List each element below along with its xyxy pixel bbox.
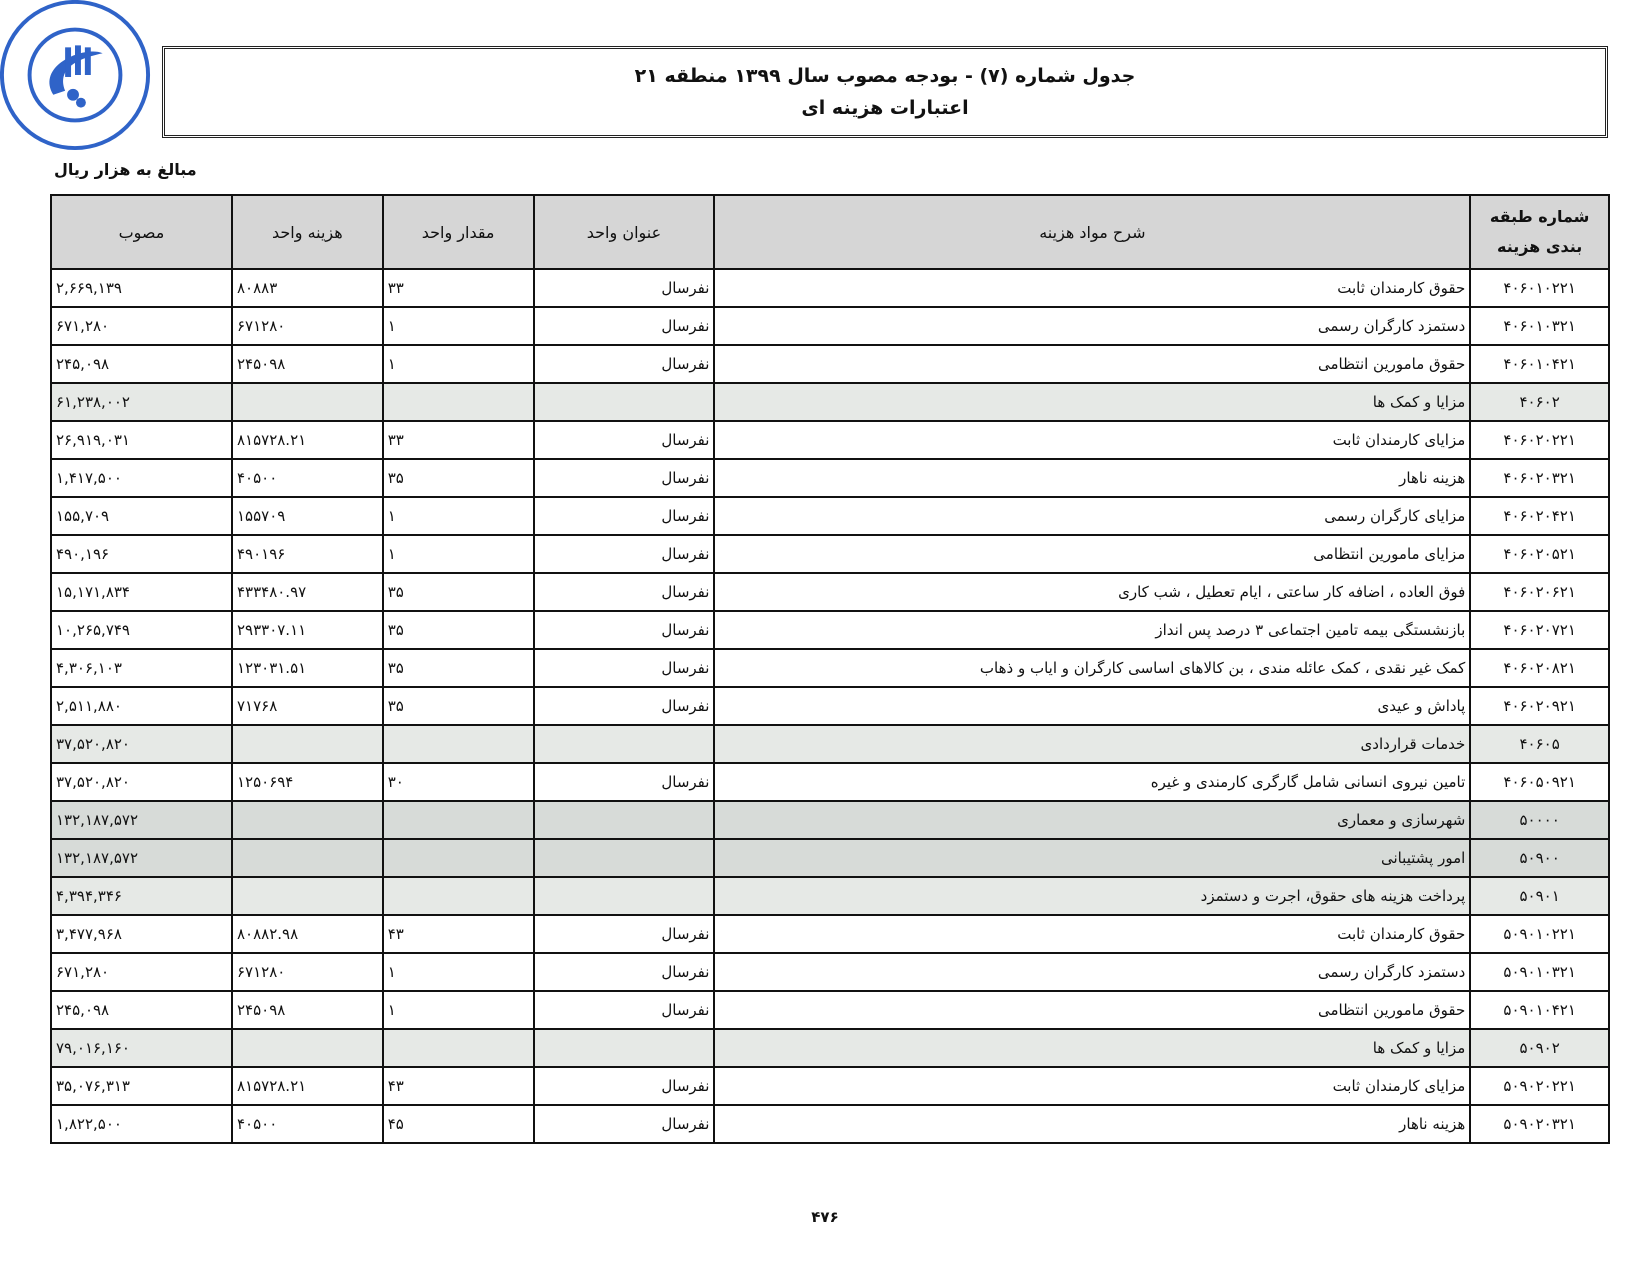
code-cell: ۴۰۶۰۵ [1470, 725, 1609, 763]
unit-qty-cell: ۴۵ [383, 1105, 534, 1143]
approved-amount-cell: ۶۷۱,۲۸۰ [51, 307, 232, 345]
unit-cost-cell: ۲۴۵۰۹۸ [232, 991, 383, 1029]
unit-qty-cell: ۳۵ [383, 687, 534, 725]
code-cell: ۴۰۶۰۲۰۶۲۱ [1470, 573, 1609, 611]
unit-qty-cell: ۳۵ [383, 459, 534, 497]
unit-cost-cell: ۸۱۵۷۲۸.۲۱ [232, 421, 383, 459]
unit-cost-cell: ۴۰۵۰۰ [232, 1105, 383, 1143]
code-cell: ۵۰۹۰۰ [1470, 839, 1609, 877]
page-number: ۴۷۶ [0, 1208, 1650, 1226]
table-row: ۵۰۹۰۱۰۴۲۱حقوق مامورین انتظامینفرسال۱۲۴۵۰… [51, 991, 1609, 1029]
approved-amount-cell: ۳۷,۵۲۰,۸۲۰ [51, 725, 232, 763]
table-row: ۴۰۶۰۲۰۲۲۱مزایای کارمندان ثابتنفرسال۳۳۸۱۵… [51, 421, 1609, 459]
description-cell: تامین نیروی انسانی شامل گارگری کارمندی و… [714, 763, 1470, 801]
column-header-code: شماره طبقه بندی هزینه [1470, 195, 1609, 269]
table-row: ۴۰۶۰۲۰۵۲۱مزایای مامورین انتظامینفرسال۱۴۹… [51, 535, 1609, 573]
table-row-subtotal: ۴۰۶۰۵خدمات قراردادی۳۷,۵۲۰,۸۲۰ [51, 725, 1609, 763]
unit-qty-cell: ۴۳ [383, 1067, 534, 1105]
unit-cost-cell: ۱۲۳۰۳۱.۵۱ [232, 649, 383, 687]
unit-qty-cell [383, 383, 534, 421]
description-cell: مزایا و کمک ها [714, 1029, 1470, 1067]
unit-qty-cell: ۳۵ [383, 611, 534, 649]
table-row: ۴۰۶۰۲۰۸۲۱کمک غیر نقدی ، کمک عائله مندی ،… [51, 649, 1609, 687]
approved-amount-cell: ۲,۵۱۱,۸۸۰ [51, 687, 232, 725]
unit-qty-cell: ۱ [383, 497, 534, 535]
approved-amount-cell: ۳۵,۰۷۶,۳۱۳ [51, 1067, 232, 1105]
approved-amount-cell: ۲۶,۹۱۹,۰۳۱ [51, 421, 232, 459]
unit-title-cell: نفرسال [534, 687, 715, 725]
code-cell: ۵۰۹۰۱۰۴۲۱ [1470, 991, 1609, 1029]
table-row-subtotal: ۵۰۹۰۱پرداخت هزینه های حقوق، اجرت و دستمز… [51, 877, 1609, 915]
unit-qty-cell: ۱ [383, 953, 534, 991]
table-row: ۴۰۶۰۲۰۷۲۱بازنشستگی بیمه تامین اجتماعی ۳ … [51, 611, 1609, 649]
description-cell: مزایا و کمک ها [714, 383, 1470, 421]
approved-amount-cell: ۴۹۰,۱۹۶ [51, 535, 232, 573]
code-cell: ۴۰۶۰۵۰۹۲۱ [1470, 763, 1609, 801]
table-row: ۵۰۹۰۱۰۳۲۱دستمزد کارگران رسمینفرسال۱۶۷۱۲۸… [51, 953, 1609, 991]
code-cell: ۴۰۶۰۲ [1470, 383, 1609, 421]
code-cell: ۴۰۶۰۲۰۵۲۱ [1470, 535, 1609, 573]
table-row: ۵۰۹۰۲۰۳۲۱هزینه ناهارنفرسال۴۵۴۰۵۰۰۱,۸۲۲,۵… [51, 1105, 1609, 1143]
description-cell: بازنشستگی بیمه تامین اجتماعی ۳ درصد پس ا… [714, 611, 1470, 649]
unit-cost-cell: ۸۰۸۸۲.۹۸ [232, 915, 383, 953]
unit-cost-cell: ۲۹۳۳۰۷.۱۱ [232, 611, 383, 649]
title-box: جدول شماره (۷) - بودجه مصوب سال ۱۳۹۹ منط… [162, 46, 1608, 138]
unit-qty-cell: ۳۵ [383, 649, 534, 687]
description-cell: حقوق کارمندان ثابت [714, 915, 1470, 953]
approved-amount-cell: ۱۵۵,۷۰۹ [51, 497, 232, 535]
approved-amount-cell: ۴,۳۰۶,۱۰۳ [51, 649, 232, 687]
document-subtitle: اعتبارات هزینه ای [801, 97, 968, 119]
code-cell: ۴۰۶۰۲۰۴۲۱ [1470, 497, 1609, 535]
unit-title-cell: نفرسال [534, 573, 715, 611]
table-row: ۴۰۶۰۱۰۴۲۱حقوق مامورین انتظامینفرسال۱۲۴۵۰… [51, 345, 1609, 383]
unit-title-cell: نفرسال [534, 953, 715, 991]
description-cell: امور پشتیبانی [714, 839, 1470, 877]
code-cell: ۵۰۹۰۱۰۲۲۱ [1470, 915, 1609, 953]
table-row: ۴۰۶۰۱۰۳۲۱دستمزد کارگران رسمینفرسال۱۶۷۱۲۸… [51, 307, 1609, 345]
unit-qty-cell [383, 839, 534, 877]
unit-title-cell: نفرسال [534, 497, 715, 535]
unit-cost-cell: ۶۷۱۲۸۰ [232, 953, 383, 991]
code-cell: ۵۰۹۰۲۰۳۲۱ [1470, 1105, 1609, 1143]
approved-amount-cell: ۱۳۲,۱۸۷,۵۷۲ [51, 839, 232, 877]
approved-amount-cell: ۴,۳۹۴,۳۴۶ [51, 877, 232, 915]
column-header-unit-qty: مقدار واحد [383, 195, 534, 269]
unit-cost-cell: ۱۵۵۷۰۹ [232, 497, 383, 535]
council-seal-stamp-icon [0, 0, 154, 154]
unit-qty-cell [383, 1029, 534, 1067]
unit-cost-cell: ۴۳۳۴۸۰.۹۷ [232, 573, 383, 611]
unit-qty-cell [383, 877, 534, 915]
code-cell: ۵۰۹۰۲ [1470, 1029, 1609, 1067]
code-cell: ۴۰۶۰۲۰۸۲۱ [1470, 649, 1609, 687]
description-cell: پاداش و عیدی [714, 687, 1470, 725]
unit-title-cell [534, 725, 715, 763]
unit-cost-cell: ۶۷۱۲۸۰ [232, 307, 383, 345]
unit-qty-cell [383, 801, 534, 839]
description-cell: حقوق کارمندان ثابت [714, 269, 1470, 307]
description-cell: مزایای کارمندان ثابت [714, 421, 1470, 459]
description-cell: هزینه ناهار [714, 459, 1470, 497]
table-row: ۴۰۶۰۲۰۹۲۱پاداش و عیدینفرسال۳۵۷۱۷۶۸۲,۵۱۱,… [51, 687, 1609, 725]
unit-cost-cell [232, 801, 383, 839]
approved-amount-cell: ۱۵,۱۷۱,۸۳۴ [51, 573, 232, 611]
table-row-subtotal: ۵۰۰۰۰شهرسازی و معماری۱۳۲,۱۸۷,۵۷۲ [51, 801, 1609, 839]
table-row: ۵۰۹۰۱۰۲۲۱حقوق کارمندان ثابتنفرسال۴۳۸۰۸۸۲… [51, 915, 1609, 953]
unit-title-cell: نفرسال [534, 459, 715, 497]
unit-title-cell: نفرسال [534, 307, 715, 345]
unit-qty-cell [383, 725, 534, 763]
unit-qty-cell: ۱ [383, 535, 534, 573]
table-row: ۴۰۶۰۲۰۶۲۱فوق العاده ، اضافه کار ساعتی ، … [51, 573, 1609, 611]
unit-title-cell: نفرسال [534, 915, 715, 953]
code-cell: ۴۰۶۰۲۰۲۲۱ [1470, 421, 1609, 459]
unit-cost-cell: ۱۲۵۰۶۹۴ [232, 763, 383, 801]
description-cell: هزینه ناهار [714, 1105, 1470, 1143]
unit-cost-cell [232, 1029, 383, 1067]
table-row: ۴۰۶۰۵۰۹۲۱تامین نیروی انسانی شامل گارگری … [51, 763, 1609, 801]
unit-qty-cell: ۴۳ [383, 915, 534, 953]
unit-title-cell [534, 801, 715, 839]
unit-cost-cell: ۴۰۵۰۰ [232, 459, 383, 497]
unit-cost-cell [232, 877, 383, 915]
table-row: ۴۰۶۰۲۰۴۲۱مزایای کارگران رسمینفرسال۱۱۵۵۷۰… [51, 497, 1609, 535]
unit-title-cell [534, 839, 715, 877]
description-cell: شهرسازی و معماری [714, 801, 1470, 839]
code-cell: ۴۰۶۰۲۰۹۲۱ [1470, 687, 1609, 725]
unit-title-cell: نفرسال [534, 649, 715, 687]
unit-title-cell: نفرسال [534, 1067, 715, 1105]
code-cell: ۵۰۰۰۰ [1470, 801, 1609, 839]
unit-qty-cell: ۳۰ [383, 763, 534, 801]
table-row-subtotal: ۴۰۶۰۲مزایا و کمک ها۶۱,۲۳۸,۰۰۲ [51, 383, 1609, 421]
unit-qty-cell: ۳۳ [383, 421, 534, 459]
unit-title-cell: نفرسال [534, 421, 715, 459]
table-header-row: شماره طبقه بندی هزینه شرح مواد هزینه عنو… [51, 195, 1609, 269]
budget-table: شماره طبقه بندی هزینه شرح مواد هزینه عنو… [50, 194, 1610, 1144]
approved-amount-cell: ۷۹,۰۱۶,۱۶۰ [51, 1029, 232, 1067]
table-body: ۴۰۶۰۱۰۲۲۱حقوق کارمندان ثابتنفرسال۳۳۸۰۸۸۳… [51, 269, 1609, 1143]
unit-cost-cell: ۴۹۰۱۹۶ [232, 535, 383, 573]
description-cell: دستمزد کارگران رسمی [714, 307, 1470, 345]
column-header-unit-cost: هزینه واحد [232, 195, 383, 269]
unit-title-cell [534, 877, 715, 915]
code-cell: ۴۰۶۰۲۰۷۲۱ [1470, 611, 1609, 649]
unit-title-cell [534, 1029, 715, 1067]
unit-title-cell: نفرسال [534, 611, 715, 649]
unit-title-cell [534, 383, 715, 421]
description-cell: دستمزد کارگران رسمی [714, 953, 1470, 991]
code-cell: ۴۰۶۰۱۰۲۲۱ [1470, 269, 1609, 307]
table-row-subtotal: ۵۰۹۰۰امور پشتیبانی۱۳۲,۱۸۷,۵۷۲ [51, 839, 1609, 877]
description-cell: کمک غیر نقدی ، کمک عائله مندی ، بن کالاه… [714, 649, 1470, 687]
approved-amount-cell: ۲۴۵,۰۹۸ [51, 345, 232, 383]
code-cell: ۴۰۶۰۱۰۳۲۱ [1470, 307, 1609, 345]
approved-amount-cell: ۳,۴۷۷,۹۶۸ [51, 915, 232, 953]
description-cell: مزایای کارگران رسمی [714, 497, 1470, 535]
approved-amount-cell: ۶۷۱,۲۸۰ [51, 953, 232, 991]
unit-qty-cell: ۱ [383, 991, 534, 1029]
units-note: مبالغ به هزار ریال [54, 160, 197, 179]
unit-cost-cell: ۲۴۵۰۹۸ [232, 345, 383, 383]
document-title: جدول شماره (۷) - بودجه مصوب سال ۱۳۹۹ منط… [635, 65, 1136, 87]
approved-amount-cell: ۱۳۲,۱۸۷,۵۷۲ [51, 801, 232, 839]
unit-cost-cell [232, 725, 383, 763]
approved-amount-cell: ۶۱,۲۳۸,۰۰۲ [51, 383, 232, 421]
unit-cost-cell: ۸۱۵۷۲۸.۲۱ [232, 1067, 383, 1105]
column-header-unit-title: عنوان واحد [534, 195, 715, 269]
table-row: ۴۰۶۰۲۰۳۲۱هزینه ناهارنفرسال۳۵۴۰۵۰۰۱,۴۱۷,۵… [51, 459, 1609, 497]
column-header-approved: مصوب [51, 195, 232, 269]
unit-qty-cell: ۳۳ [383, 269, 534, 307]
description-cell: حقوق مامورین انتظامی [714, 991, 1470, 1029]
code-cell: ۵۰۹۰۱۰۳۲۱ [1470, 953, 1609, 991]
unit-title-cell: نفرسال [534, 345, 715, 383]
unit-title-cell: نفرسال [534, 1105, 715, 1143]
unit-title-cell: نفرسال [534, 763, 715, 801]
description-cell: فوق العاده ، اضافه کار ساعتی ، ایام تعطی… [714, 573, 1470, 611]
approved-amount-cell: ۱,۴۱۷,۵۰۰ [51, 459, 232, 497]
description-cell: حقوق مامورین انتظامی [714, 345, 1470, 383]
table-row: ۵۰۹۰۲۰۲۲۱مزایای کارمندان ثابتنفرسال۴۳۸۱۵… [51, 1067, 1609, 1105]
description-cell: مزایای کارمندان ثابت [714, 1067, 1470, 1105]
column-header-description: شرح مواد هزینه [714, 195, 1470, 269]
code-cell: ۴۰۶۰۱۰۴۲۱ [1470, 345, 1609, 383]
approved-amount-cell: ۲,۶۶۹,۱۳۹ [51, 269, 232, 307]
unit-cost-cell: ۷۱۷۶۸ [232, 687, 383, 725]
unit-title-cell: نفرسال [534, 991, 715, 1029]
unit-qty-cell: ۱ [383, 345, 534, 383]
approved-amount-cell: ۲۴۵,۰۹۸ [51, 991, 232, 1029]
description-cell: خدمات قراردادی [714, 725, 1470, 763]
approved-amount-cell: ۳۷,۵۲۰,۸۲۰ [51, 763, 232, 801]
approved-amount-cell: ۱,۸۲۲,۵۰۰ [51, 1105, 232, 1143]
approved-amount-cell: ۱۰,۲۶۵,۷۴۹ [51, 611, 232, 649]
unit-cost-cell [232, 383, 383, 421]
code-cell: ۵۰۹۰۱ [1470, 877, 1609, 915]
unit-title-cell: نفرسال [534, 269, 715, 307]
description-cell: پرداخت هزینه های حقوق، اجرت و دستمزد [714, 877, 1470, 915]
unit-cost-cell [232, 839, 383, 877]
unit-qty-cell: ۳۵ [383, 573, 534, 611]
code-cell: ۵۰۹۰۲۰۲۲۱ [1470, 1067, 1609, 1105]
code-cell: ۴۰۶۰۲۰۳۲۱ [1470, 459, 1609, 497]
table-row-subtotal: ۵۰۹۰۲مزایا و کمک ها۷۹,۰۱۶,۱۶۰ [51, 1029, 1609, 1067]
unit-cost-cell: ۸۰۸۸۳ [232, 269, 383, 307]
unit-title-cell: نفرسال [534, 535, 715, 573]
unit-qty-cell: ۱ [383, 307, 534, 345]
table-row: ۴۰۶۰۱۰۲۲۱حقوق کارمندان ثابتنفرسال۳۳۸۰۸۸۳… [51, 269, 1609, 307]
description-cell: مزایای مامورین انتظامی [714, 535, 1470, 573]
